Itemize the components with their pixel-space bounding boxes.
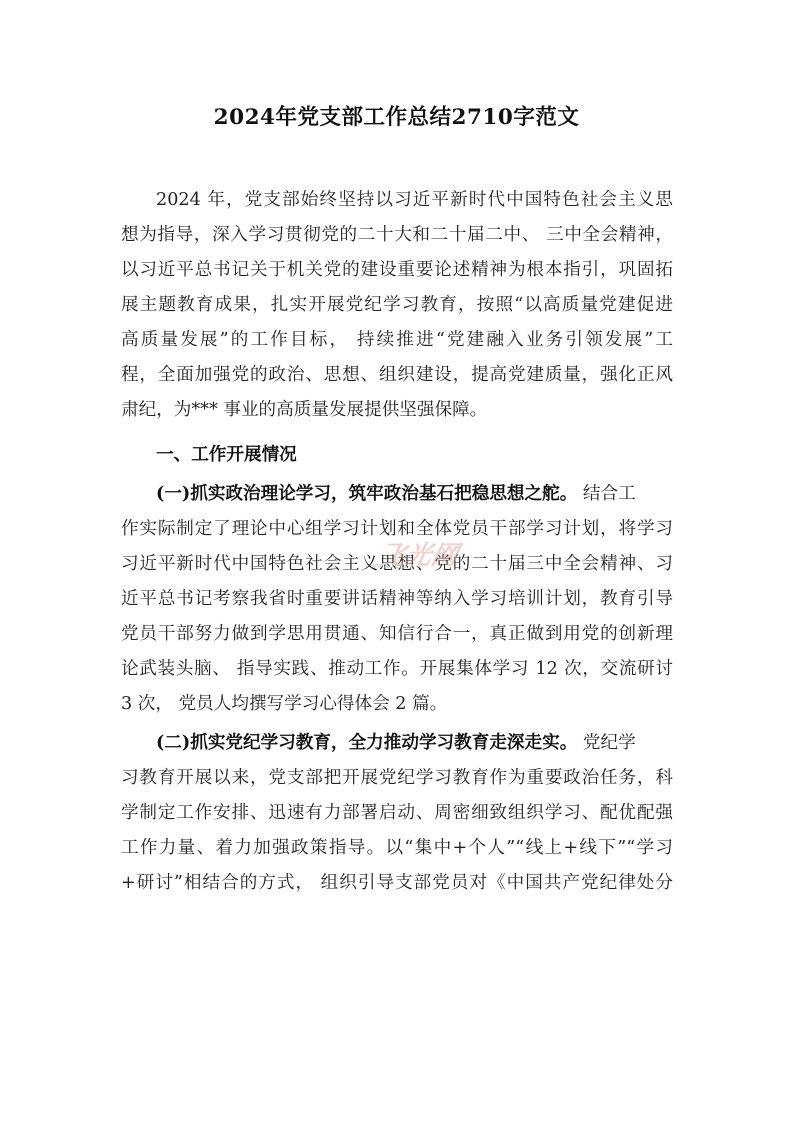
subsection-2-first-line: (二)抓实党纪学习教育，全力推动学习教育走深走实。 党纪学 <box>156 731 673 755</box>
intro-line: 2024 年，党支部始终坚持以习近平新时代中国特色社会主义思 <box>156 188 673 212</box>
subsection-1-line: 习近平新时代中国特色社会主义思想、党的二十届三中全会精神、习 <box>121 552 673 576</box>
intro-line: 展主题教育成果，扎实开展党纪学习教育，按照“以高质量党建促进 <box>121 293 673 317</box>
subsection-1-line: 论武装头脑、 指导实践、推动工作。开展集体学习 12 次，交流研讨 <box>121 657 673 681</box>
subsection-1-line: 近平总书记考察我省时重要讲话精神等纳入学习培训计划，教育引导 <box>121 587 673 611</box>
document-title: 2024年党支部工作总结2710字范文 <box>0 100 793 131</box>
subsection-2-lead-text: 党纪学 <box>577 733 635 753</box>
intro-line: 高质量发展”的工作目标， 持续推进“党建融入业务引领发展”工 <box>121 328 673 352</box>
document-page: 2024年党支部工作总结2710字范文 2024 年，党支部始终坚持以习近平新时… <box>0 0 793 1122</box>
subsection-1-line: 作实际制定了理论中心组学习计划和全体党员干部学习计划，将学习 <box>121 517 673 541</box>
subsection-2-line: +研讨”相结合的方式， 组织引导支部党员对《中国共产党纪律处分 <box>121 871 673 895</box>
subsection-1-first-line: (一)抓实政治理论学习，筑牢政治基石把稳思想之舵。 结合工 <box>156 482 673 506</box>
intro-line: 程，全面加强党的政治、思想、组织建设，提高党建质量，强化正风 <box>121 363 673 387</box>
subsection-1-line: 党员干部努力做到学思用贯通、知信行合一，真正做到用党的创新理 <box>121 622 673 646</box>
subsection-1-line: 3 次， 党员人均撰写学习心得体会 2 篇。 <box>121 692 673 716</box>
subsection-1-lead-text: 结合工 <box>577 484 635 504</box>
subsection-2-line: 工作力量、着力加强政策指导。以“集中+个人”“线上+线下”“学习 <box>121 836 673 860</box>
intro-line: 以习近平总书记关于机关党的建设重要论述精神为根本指引，巩固拓 <box>121 258 673 282</box>
intro-line: 肃纪，为*** 事业的高质量发展提供坚强保障。 <box>121 398 673 422</box>
subsection-1-heading: (一)抓实政治理论学习，筑牢政治基石把稳思想之舵。 <box>156 483 577 504</box>
intro-line: 想为指导，深入学习贯彻党的二十大和二十届二中、 三中全会精神， <box>121 223 673 247</box>
subsection-2-heading: (二)抓实党纪学习教育，全力推动学习教育走深走实。 <box>156 732 577 753</box>
subsection-2-line: 学制定工作安排、迅速有力部署启动、周密细致组织学习、配优配强 <box>121 801 673 825</box>
subsection-2-line: 习教育开展以来，党支部把开展党纪学习教育作为重要政治任务，科 <box>121 766 673 790</box>
section-heading: 一、工作开展情况 <box>156 443 673 467</box>
